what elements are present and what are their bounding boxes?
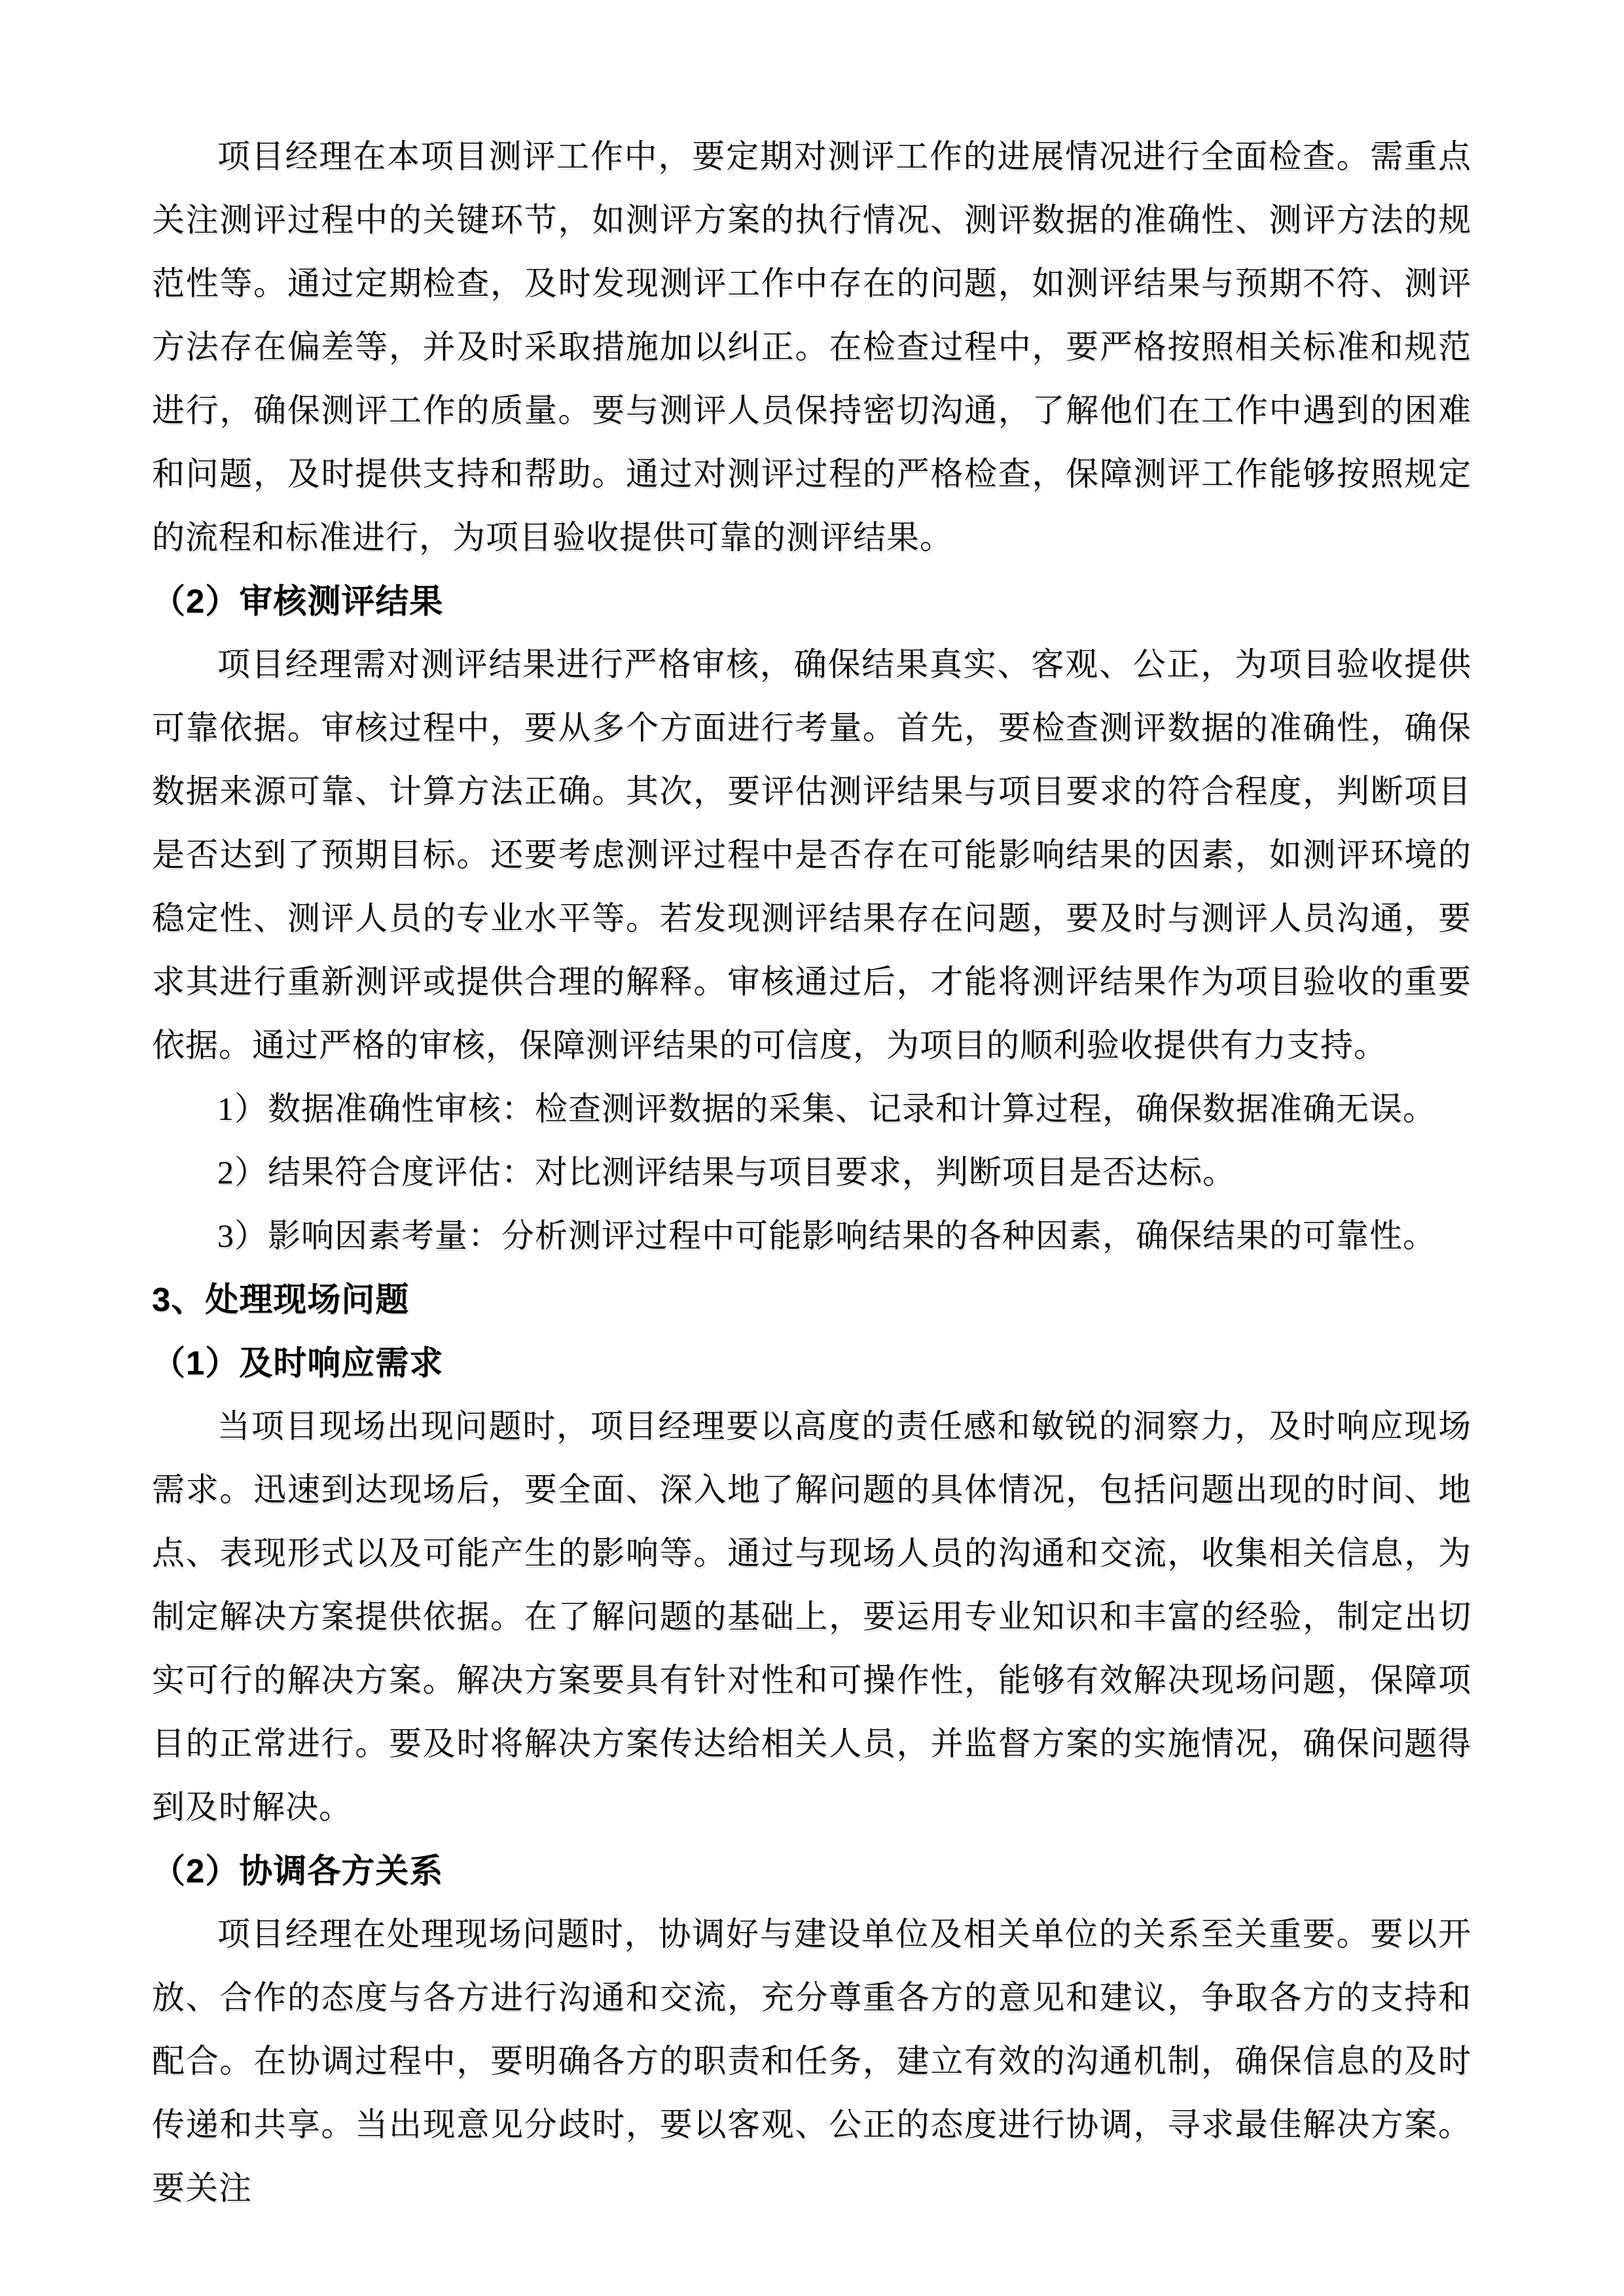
heading-timely-response: （1）及时响应需求: [152, 1331, 1471, 1395]
paragraph-review-process: 项目经理需对测评结果进行严格审核，确保结果真实、客观、公正，为项目验收提供可靠依…: [152, 633, 1471, 1077]
heading-handle-site-issues: 3、处理现场问题: [152, 1268, 1471, 1331]
list-item-result-conformity-evaluation: 2）结果符合度评估：对比测评结果与项目要求，判断项目是否达标。: [152, 1141, 1471, 1204]
heading-coordinate-relationships: （2）协调各方关系: [152, 1839, 1471, 1903]
heading-review-evaluation-results: （2）审核测评结果: [152, 569, 1471, 633]
paragraph-respond-to-site-needs: 当项目现场出现问题时，项目经理要以高度的责任感和敏锐的洞察力，及时响应现场需求。…: [152, 1395, 1471, 1839]
document-page: 项目经理在本项目测评工作中，要定期对测评工作的进展情况进行全面检查。需重点关注测…: [0, 0, 1624, 2296]
paragraph-regular-inspection: 项目经理在本项目测评工作中，要定期对测评工作的进展情况进行全面检查。需重点关注测…: [152, 125, 1471, 569]
paragraph-coordinate-parties: 项目经理在处理现场问题时，协调好与建设单位及相关单位的关系至关重要。要以开放、合…: [152, 1903, 1471, 2220]
list-item-data-accuracy-review: 1）数据准确性审核：检查测评数据的采集、记录和计算过程，确保数据准确无误。: [152, 1077, 1471, 1141]
document-content: 项目经理在本项目测评工作中，要定期对测评工作的进展情况进行全面检查。需重点关注测…: [152, 125, 1471, 2220]
list-item-influencing-factors: 3）影响因素考量：分析测评过程中可能影响结果的各种因素，确保结果的可靠性。: [152, 1204, 1471, 1268]
